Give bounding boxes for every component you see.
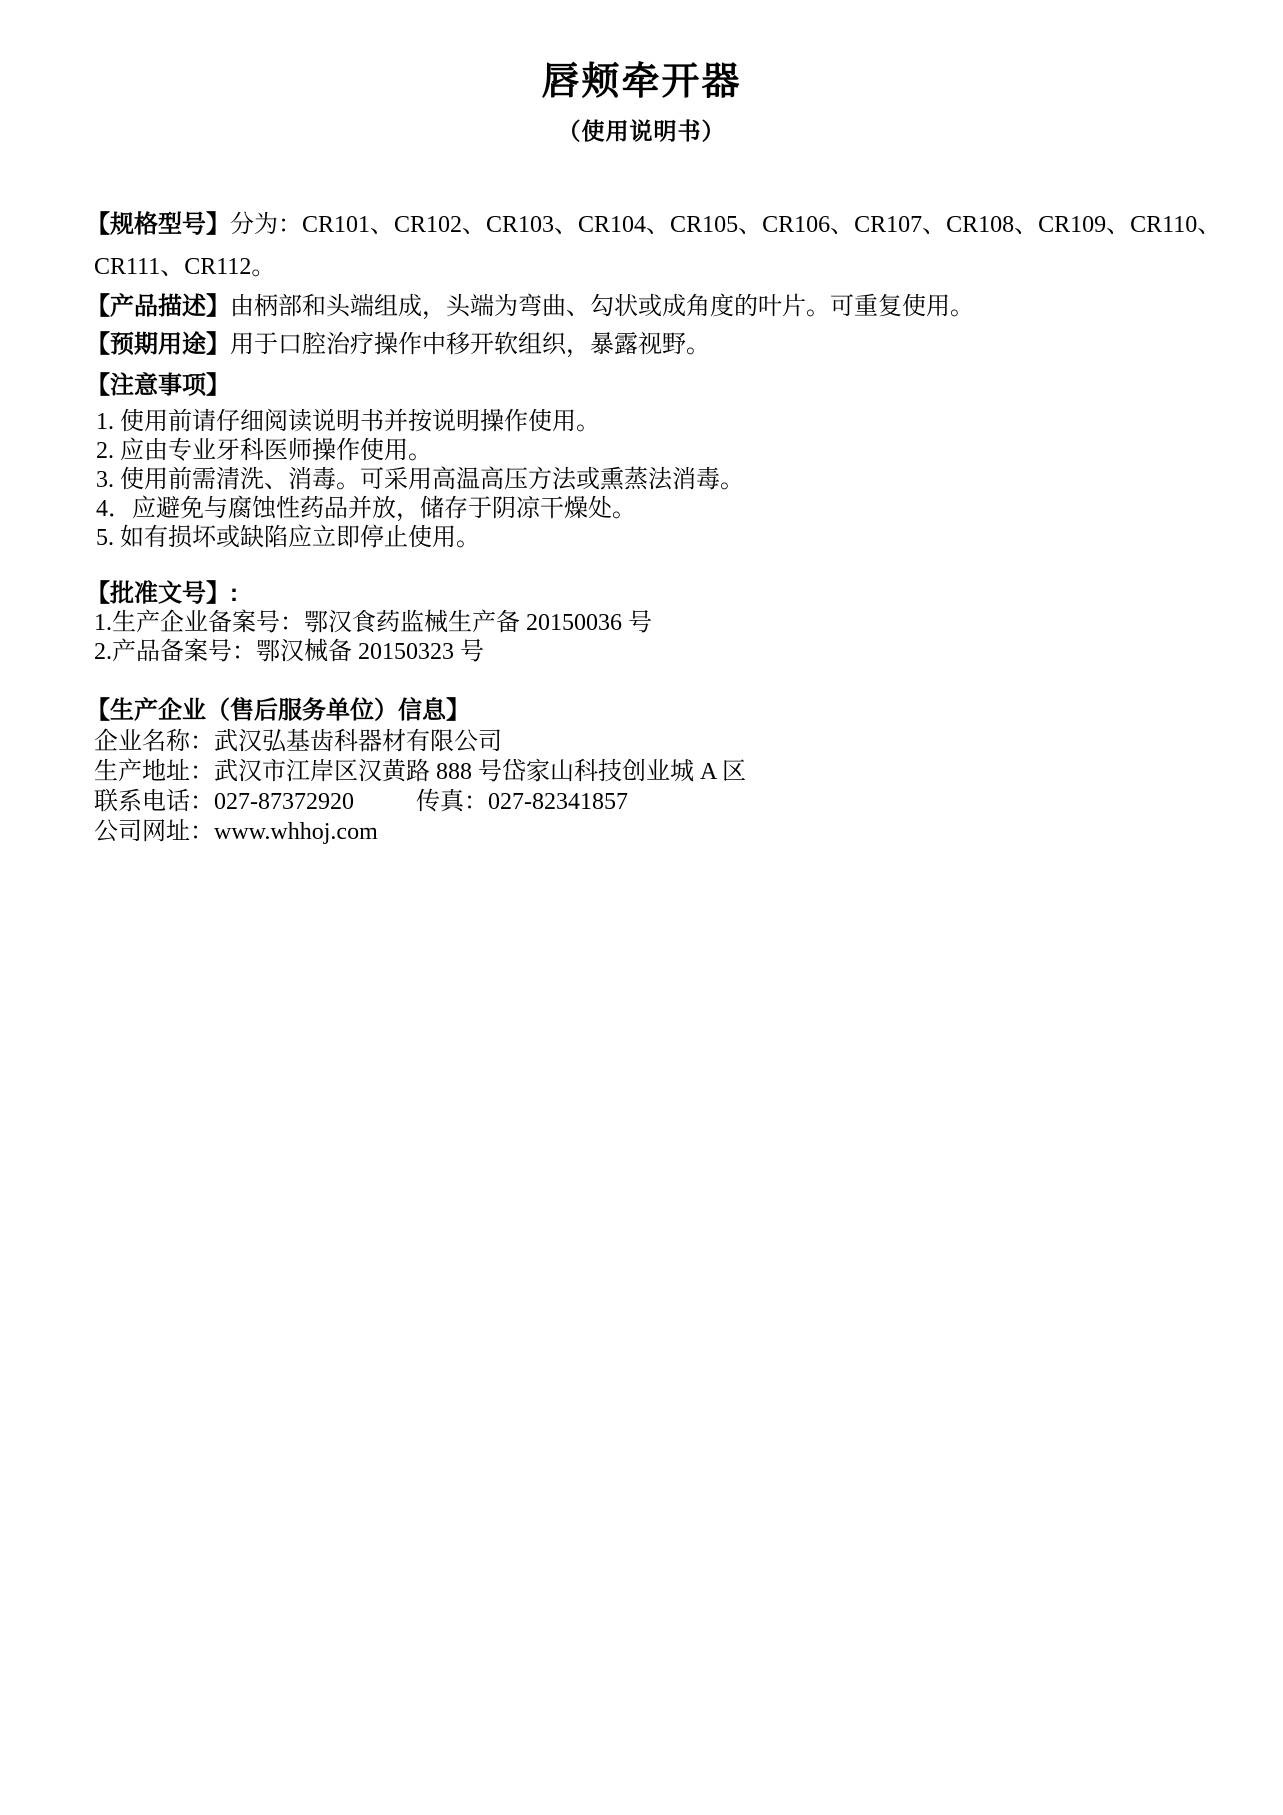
document-page: 唇颊牵开器 （使用说明书） 【规格型号】分为：CR101、CR102、CR103… — [0, 0, 1283, 1815]
manufacturer-address: 生产地址：武汉市江岸区汉黄路 888 号岱家山科技创业城 A 区 — [94, 757, 1225, 787]
page-title: 唇颊牵开器 — [0, 50, 1283, 105]
note-item: 3. 使用前需清洗、消毒。可采用高温高压方法或熏蒸法消毒。 — [96, 466, 1225, 495]
section-spec: 【规格型号】分为：CR101、CR102、CR103、CR104、CR105、C… — [86, 204, 1225, 246]
manufacturer-header: 【生产企业（售后服务单位）信息】 — [86, 695, 1225, 727]
manufacturer-name: 企业名称：武汉弘基齿科器材有限公司 — [94, 727, 1225, 757]
manufacturer-fax: 传真：027-82341857 — [416, 787, 628, 817]
notes-list: 1. 使用前请仔细阅读说明书并按说明操作使用。 2. 应由专业牙科医师操作使用。… — [86, 408, 1225, 553]
section-intended-use: 【预期用途】用于口腔治疗操作中移开软组织，暴露视野。 — [86, 326, 1225, 364]
section-description: 【产品描述】由柄部和头端组成，头端为弯曲、勾状或成角度的叶片。可重复使用。 — [86, 288, 1225, 326]
intended-use-label: 【预期用途】 — [86, 331, 230, 358]
manufacturer-contact: 联系电话：027-87372920传真：027-82341857 — [94, 787, 1225, 817]
note-item: 2. 应由专业牙科医师操作使用。 — [96, 437, 1225, 466]
spec-text-line1: 分为：CR101、CR102、CR103、CR104、CR105、CR106、C… — [230, 212, 1221, 238]
page-subtitle: （使用说明书） — [0, 113, 1283, 146]
notes-header: 【注意事项】 — [86, 366, 1225, 406]
intended-use-text: 用于口腔治疗操作中移开软组织，暴露视野。 — [230, 332, 710, 358]
manufacturer-phone: 联系电话：027-87372920 — [94, 789, 354, 815]
note-item: 4．应避免与腐蚀性药品并放，储存于阴凉干燥处。 — [96, 495, 1225, 524]
manufacturer-website: 公司网址：www.whhoj.com — [94, 817, 1225, 847]
description-text: 由柄部和头端组成，头端为弯曲、勾状或成角度的叶片。可重复使用。 — [230, 294, 974, 320]
spec-label: 【规格型号】 — [86, 211, 230, 238]
description-label: 【产品描述】 — [86, 293, 230, 320]
manufacturer-lines: 企业名称：武汉弘基齿科器材有限公司 生产地址：武汉市江岸区汉黄路 888 号岱家… — [86, 727, 1225, 847]
approval-lines: 1.生产企业备案号：鄂汉食药监械生产备 20150036 号 2.产品备案号：鄂… — [86, 609, 1225, 667]
approval-header: 【批准文号】: — [86, 579, 1225, 609]
spec-text-line2: CR111、CR112。 — [86, 246, 1225, 288]
note-item: 1. 使用前请仔细阅读说明书并按说明操作使用。 — [96, 408, 1225, 437]
approval-line-enterprise: 1.生产企业备案号：鄂汉食药监械生产备 20150036 号 — [94, 609, 1225, 638]
approval-line-product: 2.产品备案号：鄂汉械备 20150323 号 — [94, 638, 1225, 667]
document-body: 【规格型号】分为：CR101、CR102、CR103、CR104、CR105、C… — [0, 204, 1283, 847]
note-item: 5. 如有损坏或缺陷应立即停止使用。 — [96, 524, 1225, 553]
